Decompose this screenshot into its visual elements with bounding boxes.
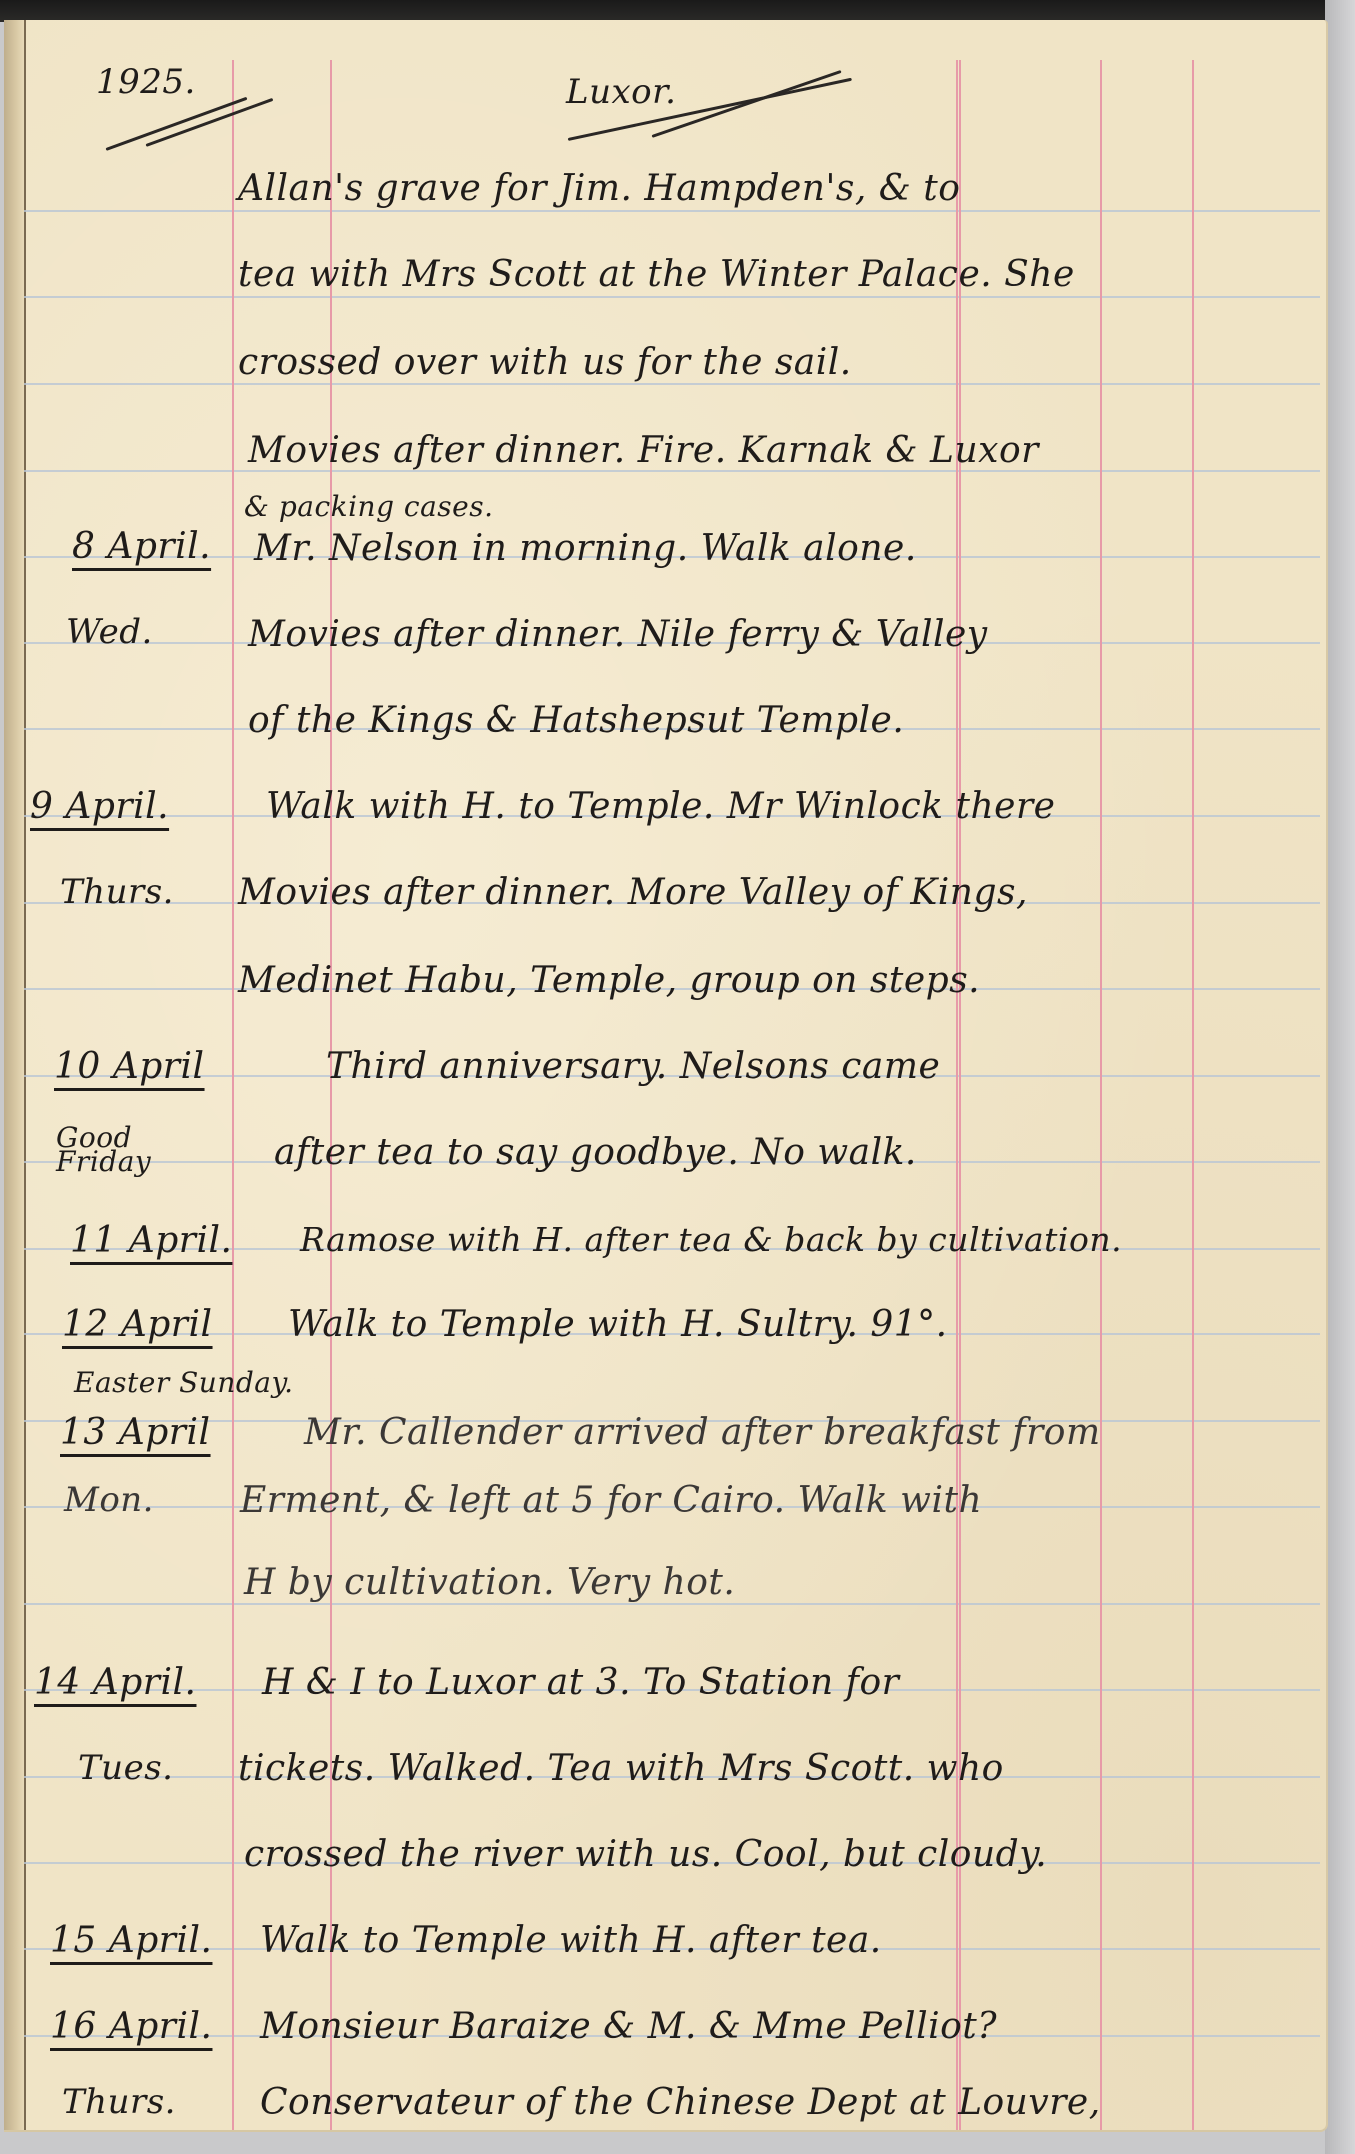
- entry-date: 13 April: [60, 1412, 211, 1453]
- header-place: Luxor.: [566, 72, 676, 112]
- scan-top-edge: [0, 0, 1355, 22]
- entry-day: Good Friday: [56, 1126, 166, 1174]
- entry-line: Movies after dinner. Fire. Karnak & Luxo…: [248, 430, 1039, 471]
- entry-line: tea with Mrs Scott at the Winter Palace.…: [238, 254, 1075, 295]
- entry-line: Mr. Nelson in morning. Walk alone.: [254, 528, 917, 569]
- header-underline: [145, 98, 273, 147]
- entry-line: Medinet Habu, Temple, group on steps.: [238, 960, 980, 1001]
- entry-line: Movies after dinner. More Valley of King…: [238, 872, 1028, 913]
- entry-day: Easter Sunday.: [74, 1366, 293, 1399]
- header-year: 1925.: [96, 62, 196, 102]
- entry-line: Monsieur Baraize & M. & Mme Pelliot?: [260, 2006, 997, 2047]
- header-underline: [652, 70, 842, 138]
- margin-rule: [1192, 60, 1194, 2130]
- entry-date: 12 April: [62, 1304, 213, 1345]
- margin-rule: [232, 60, 234, 2130]
- ruled-line: [24, 383, 1320, 385]
- entry-line: Erment, & left at 5 for Cairo. Walk with: [240, 1480, 982, 1521]
- diary-page: 1925. Luxor. Allan's grave for Jim. Hamp…: [4, 20, 1328, 2132]
- entry-line: Walk to Temple with H. Sultry. 91°.: [288, 1304, 948, 1345]
- entry-line: after tea to say goodbye. No walk.: [274, 1132, 917, 1173]
- entry-line: Movies after dinner. Nile ferry & Valley: [248, 614, 988, 655]
- header-underline: [105, 97, 247, 151]
- entry-line: Walk to Temple with H. after tea.: [260, 1920, 882, 1961]
- margin-rule: [956, 60, 961, 2130]
- ruled-line: [24, 1603, 1320, 1605]
- entry-date: 8 April.: [72, 526, 211, 567]
- entry-line: crossed over with us for the sail.: [238, 342, 852, 383]
- entry-day: Thurs.: [60, 872, 174, 912]
- ruled-line: [24, 296, 1320, 298]
- entry-date: 16 April.: [50, 2006, 212, 2047]
- entry-date: 14 April.: [34, 1662, 196, 1703]
- entry-day: Thurs.: [62, 2082, 176, 2122]
- ruled-line: [24, 210, 1320, 212]
- scan-background: [1325, 0, 1355, 2154]
- entry-line: Third anniversary. Nelsons came: [326, 1046, 940, 1087]
- entry-date: 11 April.: [70, 1220, 232, 1261]
- entry-line: H by cultivation. Very hot.: [244, 1562, 735, 1603]
- entry-date: 9 April.: [30, 786, 169, 827]
- page-binding-edge: [4, 20, 26, 2130]
- entry-line: crossed the river with us. Cool, but clo…: [244, 1834, 1047, 1875]
- entry-line: Walk with H. to Temple. Mr Winlock there: [266, 786, 1055, 827]
- entry-line: Ramose with H. after tea & back by culti…: [300, 1220, 1122, 1259]
- margin-rule: [1100, 60, 1102, 2130]
- entry-day: Tues.: [78, 1748, 173, 1788]
- entry-line: Conservateur of the Chinese Dept at Louv…: [260, 2082, 1101, 2123]
- entry-line: Allan's grave for Jim. Hampden's, & to: [238, 168, 960, 209]
- entry-line-insert: & packing cases.: [244, 490, 494, 523]
- entry-date: 10 April: [54, 1046, 205, 1087]
- entry-line: of the Kings & Hatshepsut Temple.: [248, 700, 904, 741]
- entry-line: tickets. Walked. Tea with Mrs Scott. who: [238, 1748, 1004, 1789]
- entry-day: Wed.: [66, 612, 153, 652]
- entry-date: 15 April.: [50, 1920, 212, 1961]
- entry-day: Mon.: [64, 1480, 154, 1520]
- entry-line: Mr. Callender arrived after breakfast fr…: [304, 1412, 1101, 1453]
- entry-line: H & I to Luxor at 3. To Station for: [262, 1662, 899, 1703]
